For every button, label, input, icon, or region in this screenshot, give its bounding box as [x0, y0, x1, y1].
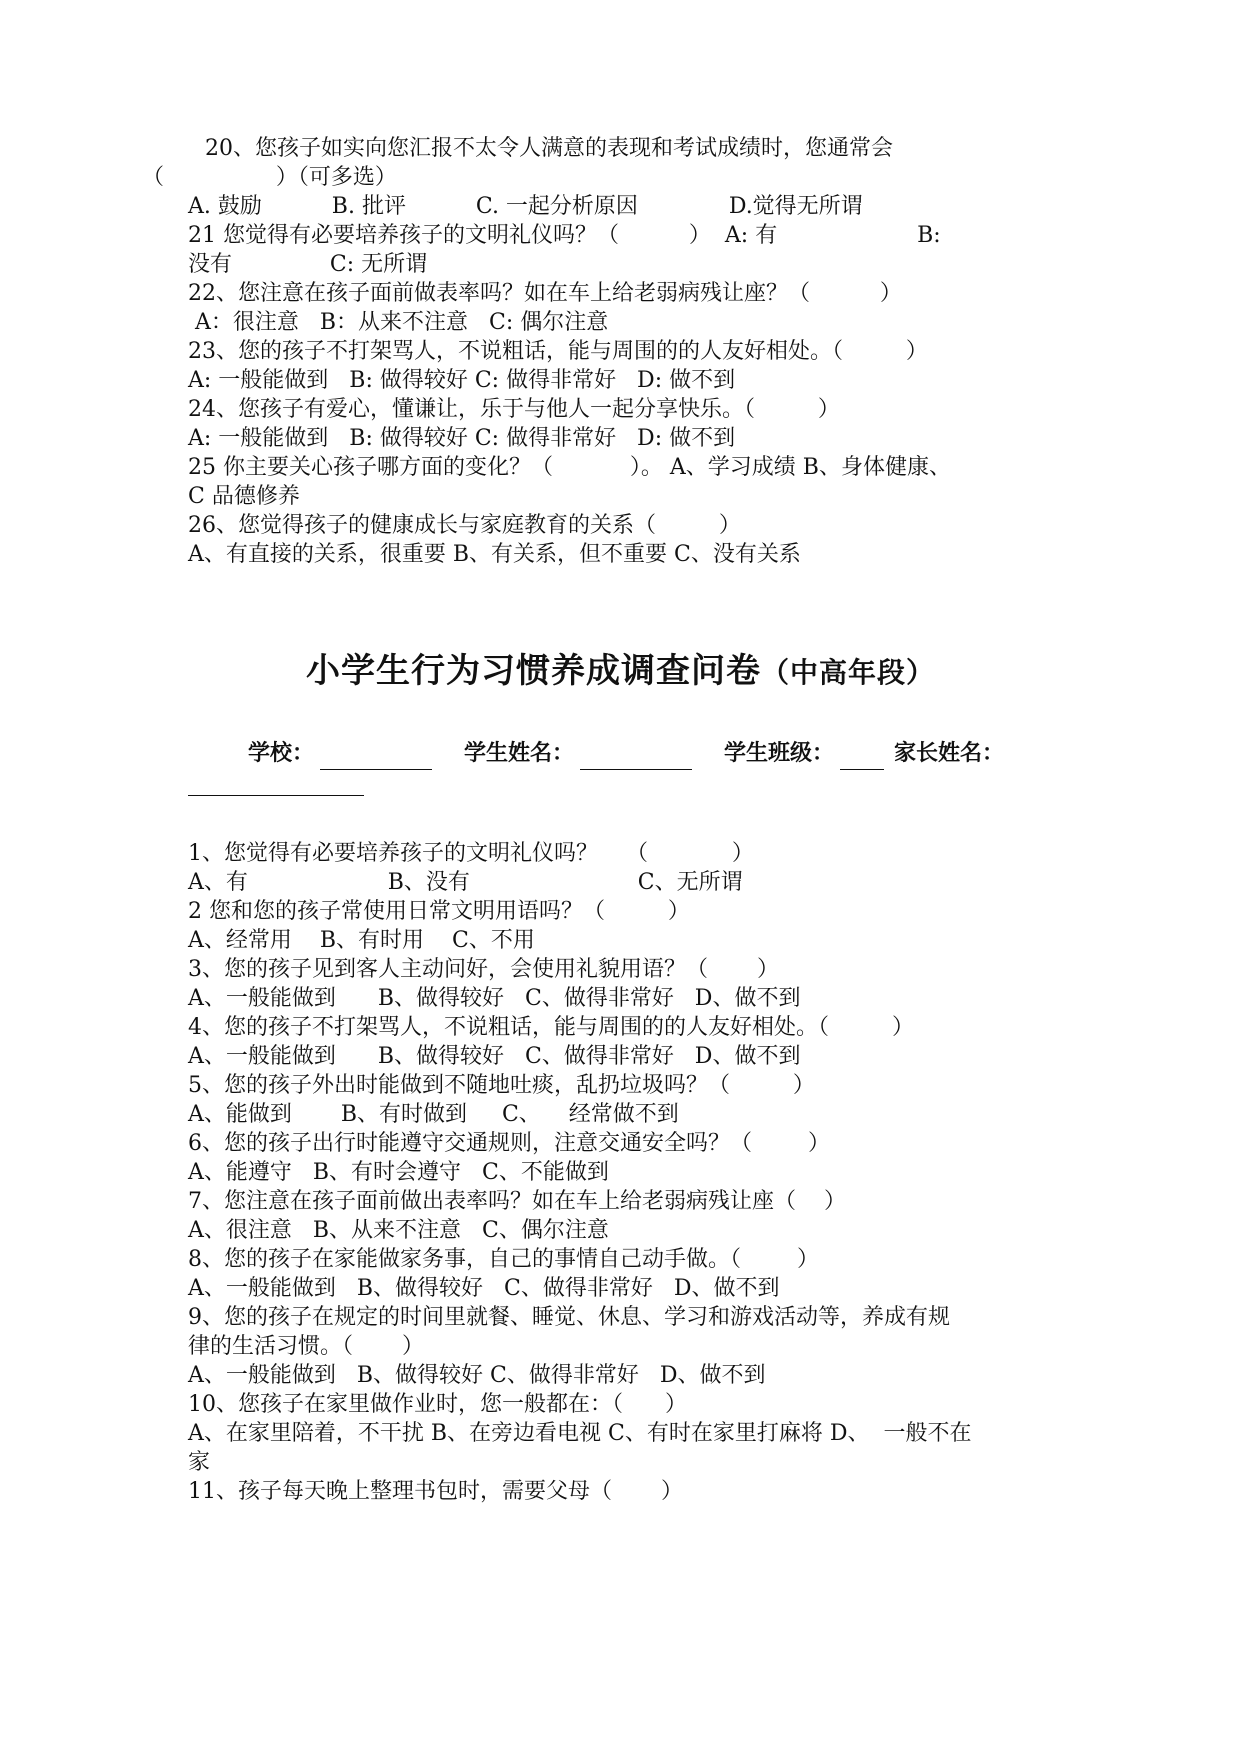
- question-26-options: A、有直接的关系，很重要 B、有关系，但不重要 C、没有关系: [188, 539, 801, 571]
- survey-title: 小学生行为习惯养成调查问卷（中高年段）: [0, 648, 1241, 696]
- question-25-options: C 品德修养: [188, 481, 300, 513]
- survey-question-4-options: A、一般能做到 B、做得较好 C、做得非常好 D、做不到: [188, 1041, 800, 1073]
- survey-question-3-options: A、一般能做到 B、做得较好 C、做得非常好 D、做不到: [188, 983, 800, 1015]
- survey-question-10-options: A、在家里陪着，不干扰 B、在旁边看电视 C、有时在家里打麻将 D、 一般不在: [188, 1418, 972, 1450]
- survey-question-8-options: A、一般能做到 B、做得较好 C、做得非常好 D、做不到: [188, 1273, 779, 1305]
- question-23-options: A: 一般能做到 B: 做得较好 C: 做得非常好 D: 做不到: [188, 365, 735, 397]
- survey-question-9-options: A、一般能做到 B、做得较好 C、做得非常好 D、做不到: [188, 1360, 765, 1392]
- school-label: 学校：: [248, 738, 314, 770]
- student-class-field[interactable]: [840, 745, 884, 770]
- survey-question-2-text: 2 您和您的孩子常使用日常文明用语吗？（ ）: [188, 896, 690, 928]
- student-name-label: 学生姓名：: [464, 738, 574, 770]
- survey-question-8-text: 8、您的孩子在家能做家务事，自己的事情自己动手做。（ ）: [188, 1244, 819, 1276]
- survey-question-7-options: A、很注意 B、从来不注意 C、偶尔注意: [188, 1215, 609, 1247]
- question-20-answer-blank: （ ）（可多选）: [142, 162, 397, 194]
- question-22-options: A：很注意 B：从来不注意 C: 偶尔注意: [188, 307, 608, 339]
- question-26-text: 26、您觉得孩子的健康成长与家庭教育的关系（ ）: [188, 510, 741, 542]
- survey-question-2-options: A、经常用 B、有时用 C、不用: [188, 925, 535, 957]
- survey-question-10-options-cont: 家: [188, 1447, 210, 1479]
- survey-question-1-text: 1、您觉得有必要培养孩子的文明礼仪吗？ （ ）: [188, 838, 754, 870]
- survey-question-6-text: 6、您的孩子出行时能遵守交通规则，注意交通安全吗？（ ）: [188, 1128, 830, 1160]
- survey-question-5-options: A、能做到 B、有时做到 C、 经常做不到: [188, 1099, 679, 1131]
- survey-question-4-text: 4、您的孩子不打架骂人，不说粗话，能与周围的的人友好相处。（ ）: [188, 1012, 914, 1044]
- question-24-options: A: 一般能做到 B: 做得较好 C: 做得非常好 D: 做不到: [188, 423, 735, 455]
- survey-question-3-text: 3、您的孩子见到客人主动问好，会使用礼貌用语？（ ）: [188, 954, 779, 986]
- survey-question-7-text: 7、您注意在孩子面前做出表率吗？如在车上给老弱病残让座（ ）: [188, 1186, 846, 1218]
- question-21-options: 没有 C: 无所谓: [188, 249, 427, 281]
- parent-name-label: 家长姓名：: [894, 738, 1004, 770]
- respondent-info-row: 学校： 学生姓名： 学生班级： 家长姓名：: [248, 738, 1004, 770]
- parent-name-field[interactable]: [188, 795, 364, 796]
- survey-title-subtitle: （中高年段）: [761, 656, 935, 689]
- survey-question-9-text-cont: 律的生活习惯。（ ）: [188, 1331, 424, 1363]
- question-21-text: 21 您觉得有必要培养孩子的文明礼仪吗？（ ） A: 有 B:: [188, 220, 941, 252]
- question-24-text: 24、您孩子有爱心，懂谦让，乐于与他人一起分享快乐。（ ）: [188, 394, 840, 426]
- document-page: 20、您孩子如实向您汇报不太令人满意的表现和考试成绩时，您通常会 （ ）（可多选…: [0, 0, 1241, 1754]
- survey-question-9-text: 9、您的孩子在规定的时间里就餐、睡觉、休息、学习和游戏活动等，养成有规: [188, 1302, 950, 1334]
- survey-question-6-options: A、能遵守 B、有时会遵守 C、不能做到: [188, 1157, 609, 1189]
- student-name-field[interactable]: [580, 745, 692, 770]
- question-25-text: 25 你主要关心孩子哪方面的变化？（ ）。 A、学习成绩 B、身体健康、: [188, 452, 951, 484]
- survey-title-main: 小学生行为习惯养成调查问卷: [306, 651, 761, 691]
- question-20-text: 20、您孩子如实向您汇报不太令人满意的表现和考试成绩时，您通常会: [205, 133, 893, 165]
- student-class-label: 学生班级：: [724, 738, 834, 770]
- question-23-text: 23、您的孩子不打架骂人，不说粗话，能与周围的的人友好相处。（ ）: [188, 336, 928, 368]
- survey-question-11-text: 11、孩子每天晚上整理书包时，需要父母（ ）: [188, 1476, 683, 1508]
- question-22-text: 22、您注意在孩子面前做表率吗？如在车上给老弱病残让座？（ ）: [188, 278, 902, 310]
- question-20-options: A. 鼓励 B. 批评 C. 一起分析原因 D.觉得无所谓: [188, 191, 863, 223]
- survey-question-1-options: A、有 B、没有 C、无所谓: [188, 867, 743, 899]
- survey-question-10-text: 10、您孩子在家里做作业时，您一般都在：（ ）: [188, 1389, 687, 1421]
- survey-question-5-text: 5、您的孩子外出时能做到不随地吐痰，乱扔垃圾吗？（ ）: [188, 1070, 815, 1102]
- school-field[interactable]: [320, 745, 432, 770]
